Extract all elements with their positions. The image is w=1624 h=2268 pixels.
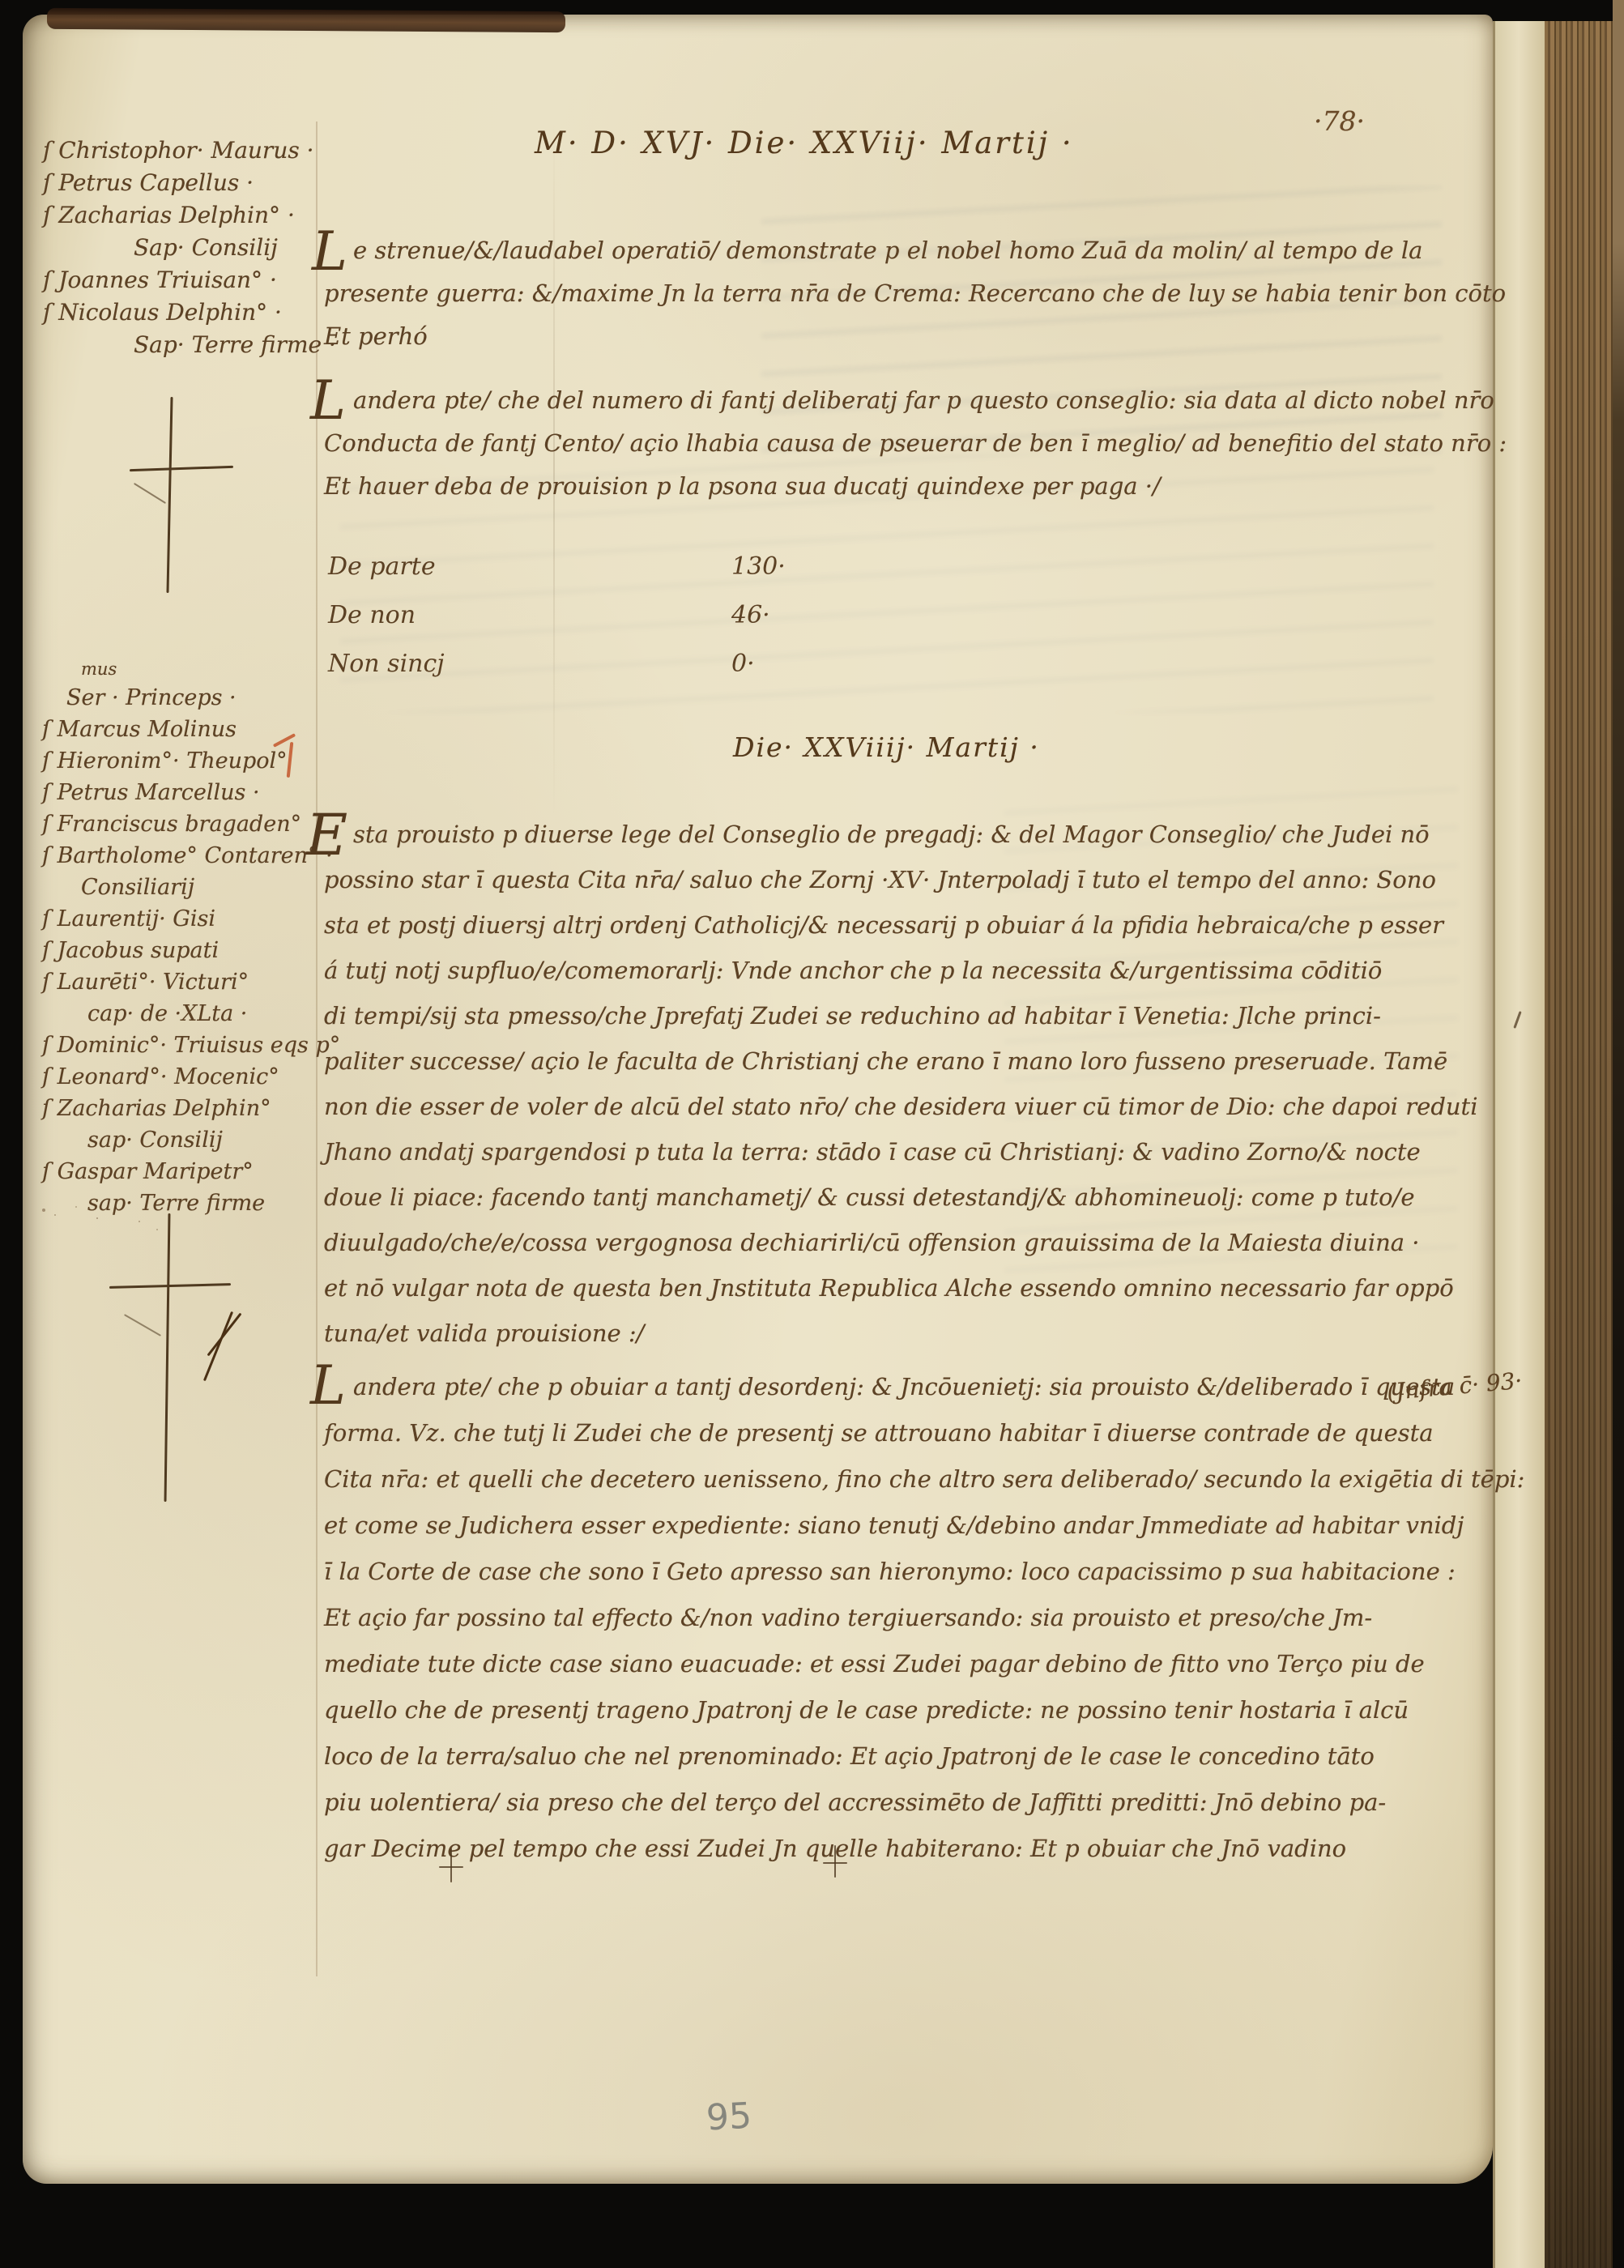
ink-speckles xyxy=(42,1209,45,1212)
text-line: sta prouisto p diuerse lege del Consegli… xyxy=(324,812,1477,857)
binding-edge xyxy=(47,8,565,32)
attendee-name: ſ Dominic°· Triuisus eqs p° xyxy=(42,1030,340,1061)
text-line: quello che de presentj trageno Jpatronj … xyxy=(324,1687,1524,1733)
attendee-title: sap· Consilij xyxy=(42,1124,340,1156)
next-leaf-edge xyxy=(1493,21,1547,2268)
attendee-name: ſ Zacharias Delphin° xyxy=(42,1093,340,1124)
text-line: diuulgado/che/e/cossa vergognosa dechiar… xyxy=(324,1220,1477,1265)
text-line: forma. Vz. che tutj li Zudei che de pres… xyxy=(324,1410,1524,1456)
attendee-name: ſ Franciscus bragaden° xyxy=(42,808,340,840)
entry1-motion: andera pte/ che del numero di fantj deli… xyxy=(324,379,1507,508)
subheader-date: Die· XXViiij· Martij · xyxy=(733,731,1040,763)
text-line: andera pte/ che p obuiar a tantj desorde… xyxy=(324,1364,1524,1410)
text-line: possino star ī questa Cita nr̄a/ saluo c… xyxy=(324,857,1477,902)
attendee-list-1: ſ Christophor· Maurus · ſ Petrus Capellu… xyxy=(43,134,336,361)
attendee-name: ſ Bartholome° Contaren° · xyxy=(42,840,340,872)
text-line: et come se Judichera esser expediente: s… xyxy=(324,1503,1524,1549)
vote-count: 0· xyxy=(731,650,755,678)
vote-count: 130· xyxy=(731,552,786,581)
vote-label: Non sincj xyxy=(328,650,445,678)
pencil-page-number: 95 xyxy=(705,2095,753,2139)
attendee-name: ſ Laurentij· Gisi xyxy=(42,903,340,935)
attendee-name: ſ Petrus Marcellus · xyxy=(42,777,340,808)
vote-count: 46· xyxy=(731,601,770,629)
text-line: et nō vulgar nota de questa ben Jnstitut… xyxy=(324,1265,1477,1311)
attendee-name: ſ Christophor· Maurus · xyxy=(43,134,336,167)
text-line: Jhano andatj spargendosi p tuta la terra… xyxy=(324,1129,1477,1174)
attendee-name: Ser · Princeps · xyxy=(42,682,340,714)
text-line: Et hauer deba de prouision p la psona su… xyxy=(324,465,1507,508)
attendee-title: sap· Terre firme xyxy=(42,1187,340,1219)
text-line: presente guerra: &/maxime Jn la terra nr… xyxy=(324,272,1506,315)
attendee-name: ſ Marcus Molinus xyxy=(42,714,340,745)
attendee-title: Sap· Terre firme · xyxy=(43,329,336,361)
book-fore-edge xyxy=(1545,21,1613,2268)
text-line: non die esser de voler de alcū del stato… xyxy=(324,1084,1477,1129)
entry2-motion: andera pte/ che p obuiar a tantj desorde… xyxy=(324,1364,1524,1872)
text-line: Et perhó xyxy=(324,315,1506,358)
vote-row: De non 46· xyxy=(328,601,846,629)
book-cover-edge xyxy=(1613,0,1624,2268)
text-line: tuna/et valida prouisione :/ xyxy=(324,1311,1477,1356)
attendee-name: ſ Leonard°· Mocenic° xyxy=(42,1061,340,1093)
attendee-name: ſ Hieronim°· Theupol° xyxy=(42,745,340,777)
text-line: andera pte/ che del numero di fantj deli… xyxy=(324,379,1507,422)
attendee-title: cap· de ·XLta · xyxy=(42,998,340,1030)
header-date: M· D· XVJ· Die· XXViij· Martij · xyxy=(535,126,1074,160)
attendee-name: ſ Gaspar Maripetr° xyxy=(42,1156,340,1187)
attendee-name: ſ Laurēti°· Victuri° xyxy=(42,966,340,998)
attendee-name: ſ Joannes Triuisan° · xyxy=(43,264,336,296)
text-line: e strenue/&/laudabel operatiō/ demonstra… xyxy=(324,229,1506,272)
text-line: ī la Corte de case che sono ī Geto apres… xyxy=(324,1549,1524,1595)
text-line: doue li piace: facendo tantj manchametj/… xyxy=(324,1174,1477,1220)
text-line: gar Decime pel tempo che essi Zudei Jn q… xyxy=(324,1826,1524,1872)
entry1-preamble: e strenue/&/laudabel operatiō/ demonstra… xyxy=(324,229,1506,358)
attendee-title: Sap· Consilij xyxy=(43,232,336,264)
vote-label: De parte xyxy=(328,552,436,581)
attendee-name: ſ Zacharias Delphin° · xyxy=(43,199,336,232)
vote-row: Non sincj 0· xyxy=(328,650,846,678)
text-line: loco de la terra/saluo che nel prenomina… xyxy=(324,1733,1524,1780)
vote-label: De non xyxy=(328,601,416,629)
folio-number: ·78· xyxy=(1314,105,1365,137)
manuscript-photo: M· D· XVJ· Die· XXViij· Martij · ·78· ſ … xyxy=(0,0,1624,2268)
text-line: paliter successe/ açio le faculta de Chr… xyxy=(324,1038,1477,1084)
text-line: Cita nr̄a: et quelli che decetero ueniss… xyxy=(324,1456,1524,1503)
superscript-mus: mus xyxy=(81,659,117,679)
text-line: Conducta de fantj Cento/ açio lhabia cau… xyxy=(324,422,1507,465)
text-line: á tutj notj supfluo/e/comemorarlj: Vnde … xyxy=(324,948,1477,993)
text-line: mediate tute dicte case siano euacuade: … xyxy=(324,1641,1524,1687)
attendee-title: Consiliarij xyxy=(42,872,340,903)
entry2-body: sta prouisto p diuerse lege del Consegli… xyxy=(324,812,1477,1356)
text-line: sta et postj diuersj altrj ordenj Cathol… xyxy=(324,902,1477,948)
attendee-name: ſ Petrus Capellus · xyxy=(43,167,336,199)
vote-row: De parte 130· xyxy=(328,552,846,581)
text-line: Et açio far possino tal effecto &/non va… xyxy=(324,1595,1524,1641)
text-line: di tempi/sij sta pmesso/che Jprefatj Zud… xyxy=(324,993,1477,1038)
attendee-list-2: Ser · Princeps · ſ Marcus Molinus ſ Hier… xyxy=(42,682,340,1219)
attendee-name: ſ Jacobus supati xyxy=(42,935,340,966)
attendee-name: ſ Nicolaus Delphin° · xyxy=(43,296,336,329)
text-line: piu uolentiera/ sia preso che del terço … xyxy=(324,1780,1524,1826)
